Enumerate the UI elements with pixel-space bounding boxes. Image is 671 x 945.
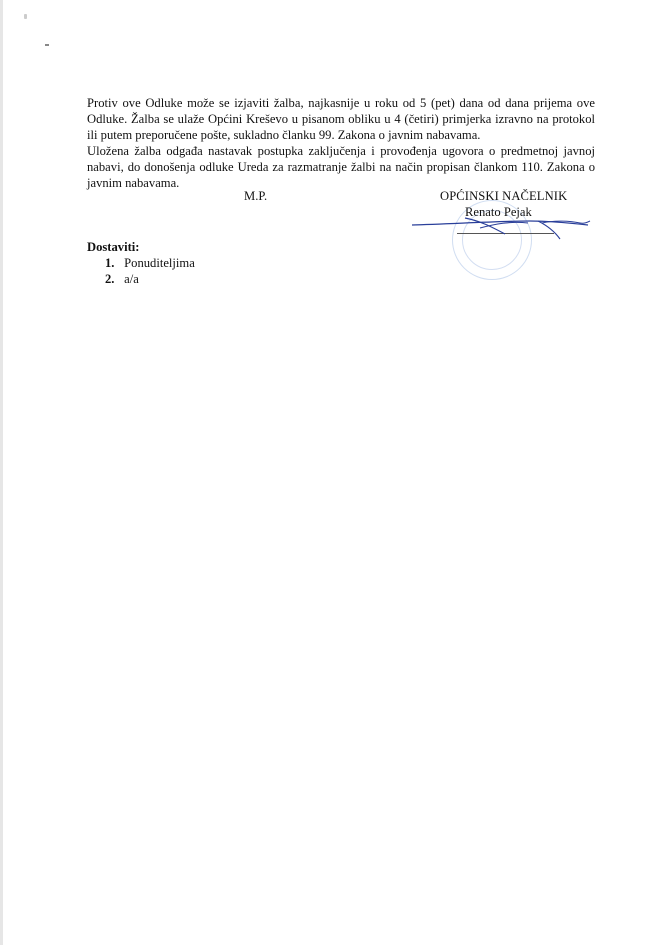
scan-speck: [45, 44, 49, 46]
page-scan-edge: [0, 0, 3, 945]
delivery-list-item: 2. a/a: [105, 272, 139, 287]
list-number: 1.: [105, 256, 121, 271]
handwritten-signature: [410, 212, 595, 247]
signatory-title: OPĆINSKI NAČELNIK: [440, 189, 567, 204]
appeal-paragraph: Protiv ove Odluke može se izjaviti žalba…: [87, 95, 595, 143]
appeal-effect-paragraph: Uložena žalba odgađa nastavak postupka z…: [87, 143, 595, 191]
seal-placeholder-label: M.P.: [244, 189, 267, 204]
list-number: 2.: [105, 272, 121, 287]
delivery-heading: Dostaviti:: [87, 240, 139, 255]
list-text: a/a: [124, 272, 139, 286]
scan-speck: [24, 14, 27, 19]
list-text: Ponuditeljima: [124, 256, 195, 270]
delivery-list-item: 1. Ponuditeljima: [105, 256, 195, 271]
